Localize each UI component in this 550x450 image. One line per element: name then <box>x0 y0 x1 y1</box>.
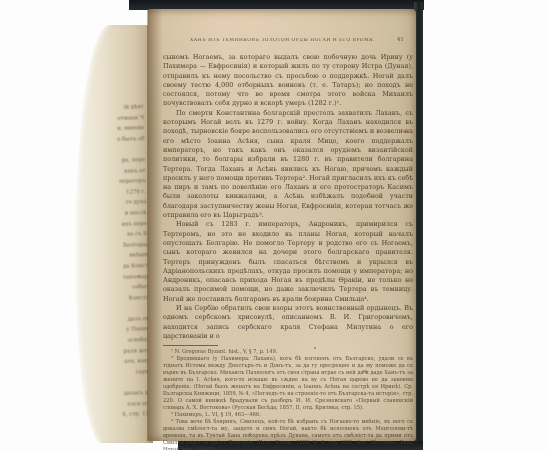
page-text: сыномъ Ногаемъ, за котораго выдалъ свою … <box>163 53 413 450</box>
paragraph: По смерти Константина болгарскій престол… <box>163 109 413 221</box>
page-number: 41 <box>378 37 413 43</box>
left-page-text-fragment: 4, стр. 131 <box>84 409 152 421</box>
footnote: ⁴ Това вече бѣ бояринъ, Смилецъ, кой-то … <box>163 419 413 450</box>
left-page: ій дѣятотмани Чи, виновно былъ обра, пер… <box>76 25 153 443</box>
running-header-title: ХАНЪ ИЗЪ ТЕМНИКОВЪ ЗОЛОТОЙ ОРДЫ НОГАЙ И … <box>187 38 378 43</box>
paragraph: сыномъ Ногаемъ, за котораго выдалъ свою … <box>163 53 413 109</box>
paragraph: Новый съ 1283 г. императоръ, Андроникъ, … <box>163 220 413 304</box>
book-photograph: ій дѣятотмани Чи, виновно былъ обра, пер… <box>0 0 550 450</box>
paragraph: И на Сербію обратилъ свои взоры этотъ во… <box>163 304 413 341</box>
footnote: ² Бродившаго (у Пахимера: Лаханъ), кога … <box>163 356 413 412</box>
right-page: ХАНЪ ИЗЪ ТЕМНИКОВЪ ЗОЛОТОЙ ОРДЫ НОГАЙ И … <box>148 9 416 441</box>
footnote-separator <box>163 345 218 346</box>
running-header: ХАНЪ ИЗЪ ТЕМНИКОВЪ ЗОЛОТОЙ ОРДЫ НОГАЙ И … <box>163 37 413 43</box>
left-page-fragments: ій дѣятотмани Чи, виновно былъ обра, пер… <box>76 102 153 422</box>
